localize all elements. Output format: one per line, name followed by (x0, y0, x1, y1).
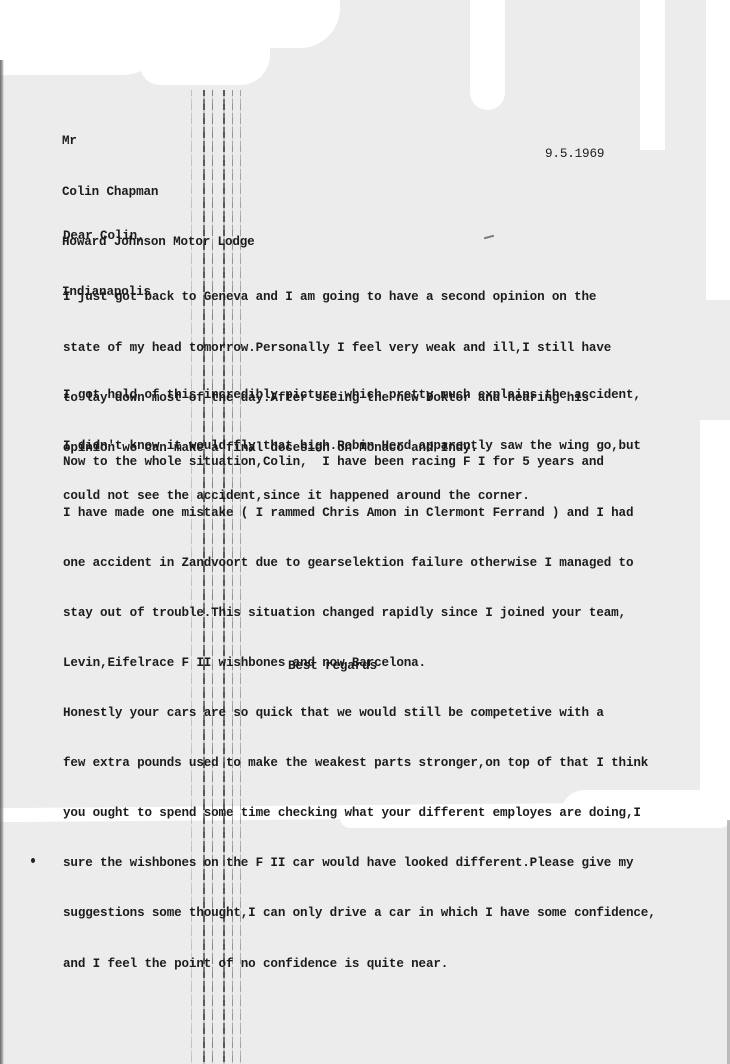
paper-blemish (140, 40, 270, 85)
paper-edge (706, 0, 730, 300)
text-line: one accident in Zandvoort due to gearsel… (63, 555, 656, 572)
text-line: stay out of trouble.This situation chang… (63, 605, 656, 622)
paper-blemish (640, 0, 665, 150)
text-line: suggestions some thought,I can only driv… (63, 905, 656, 922)
text-line: you ought to spend some time checking wh… (63, 805, 656, 822)
address-line: Mr (62, 133, 255, 150)
text-line: I have made one mistake ( I rammed Chris… (63, 505, 656, 522)
text-line: I just got back to Geneva and I am going… (63, 289, 611, 306)
text-line: and I feel the point of no confidence is… (63, 956, 656, 973)
letter-date: 9.5.1969 (545, 146, 604, 163)
closing: Best regards (288, 658, 377, 675)
paper-edge (700, 420, 730, 800)
letter-page: Mr Colin Chapman Howard Johnson Motor Lo… (0, 0, 730, 1064)
text-line: Now to the whole situation,Colin, I have… (63, 454, 656, 471)
text-line: few extra pounds used to make the weakes… (63, 755, 656, 772)
address-line: Colin Chapman (62, 184, 255, 201)
scan-edge-left (0, 60, 4, 1064)
salutation: Dear Colin, (63, 228, 144, 245)
text-line: Honestly your cars are so quick that we … (63, 705, 656, 722)
text-line: sure the wishbones on the F II car would… (63, 855, 656, 872)
ink-spot (31, 858, 35, 863)
pen-mark (484, 235, 494, 240)
paper-blemish (470, 0, 505, 110)
paragraph-3: Now to the whole situation,Colin, I have… (63, 421, 656, 1006)
text-line: I got hold of this incredibly picture wh… (63, 387, 641, 404)
